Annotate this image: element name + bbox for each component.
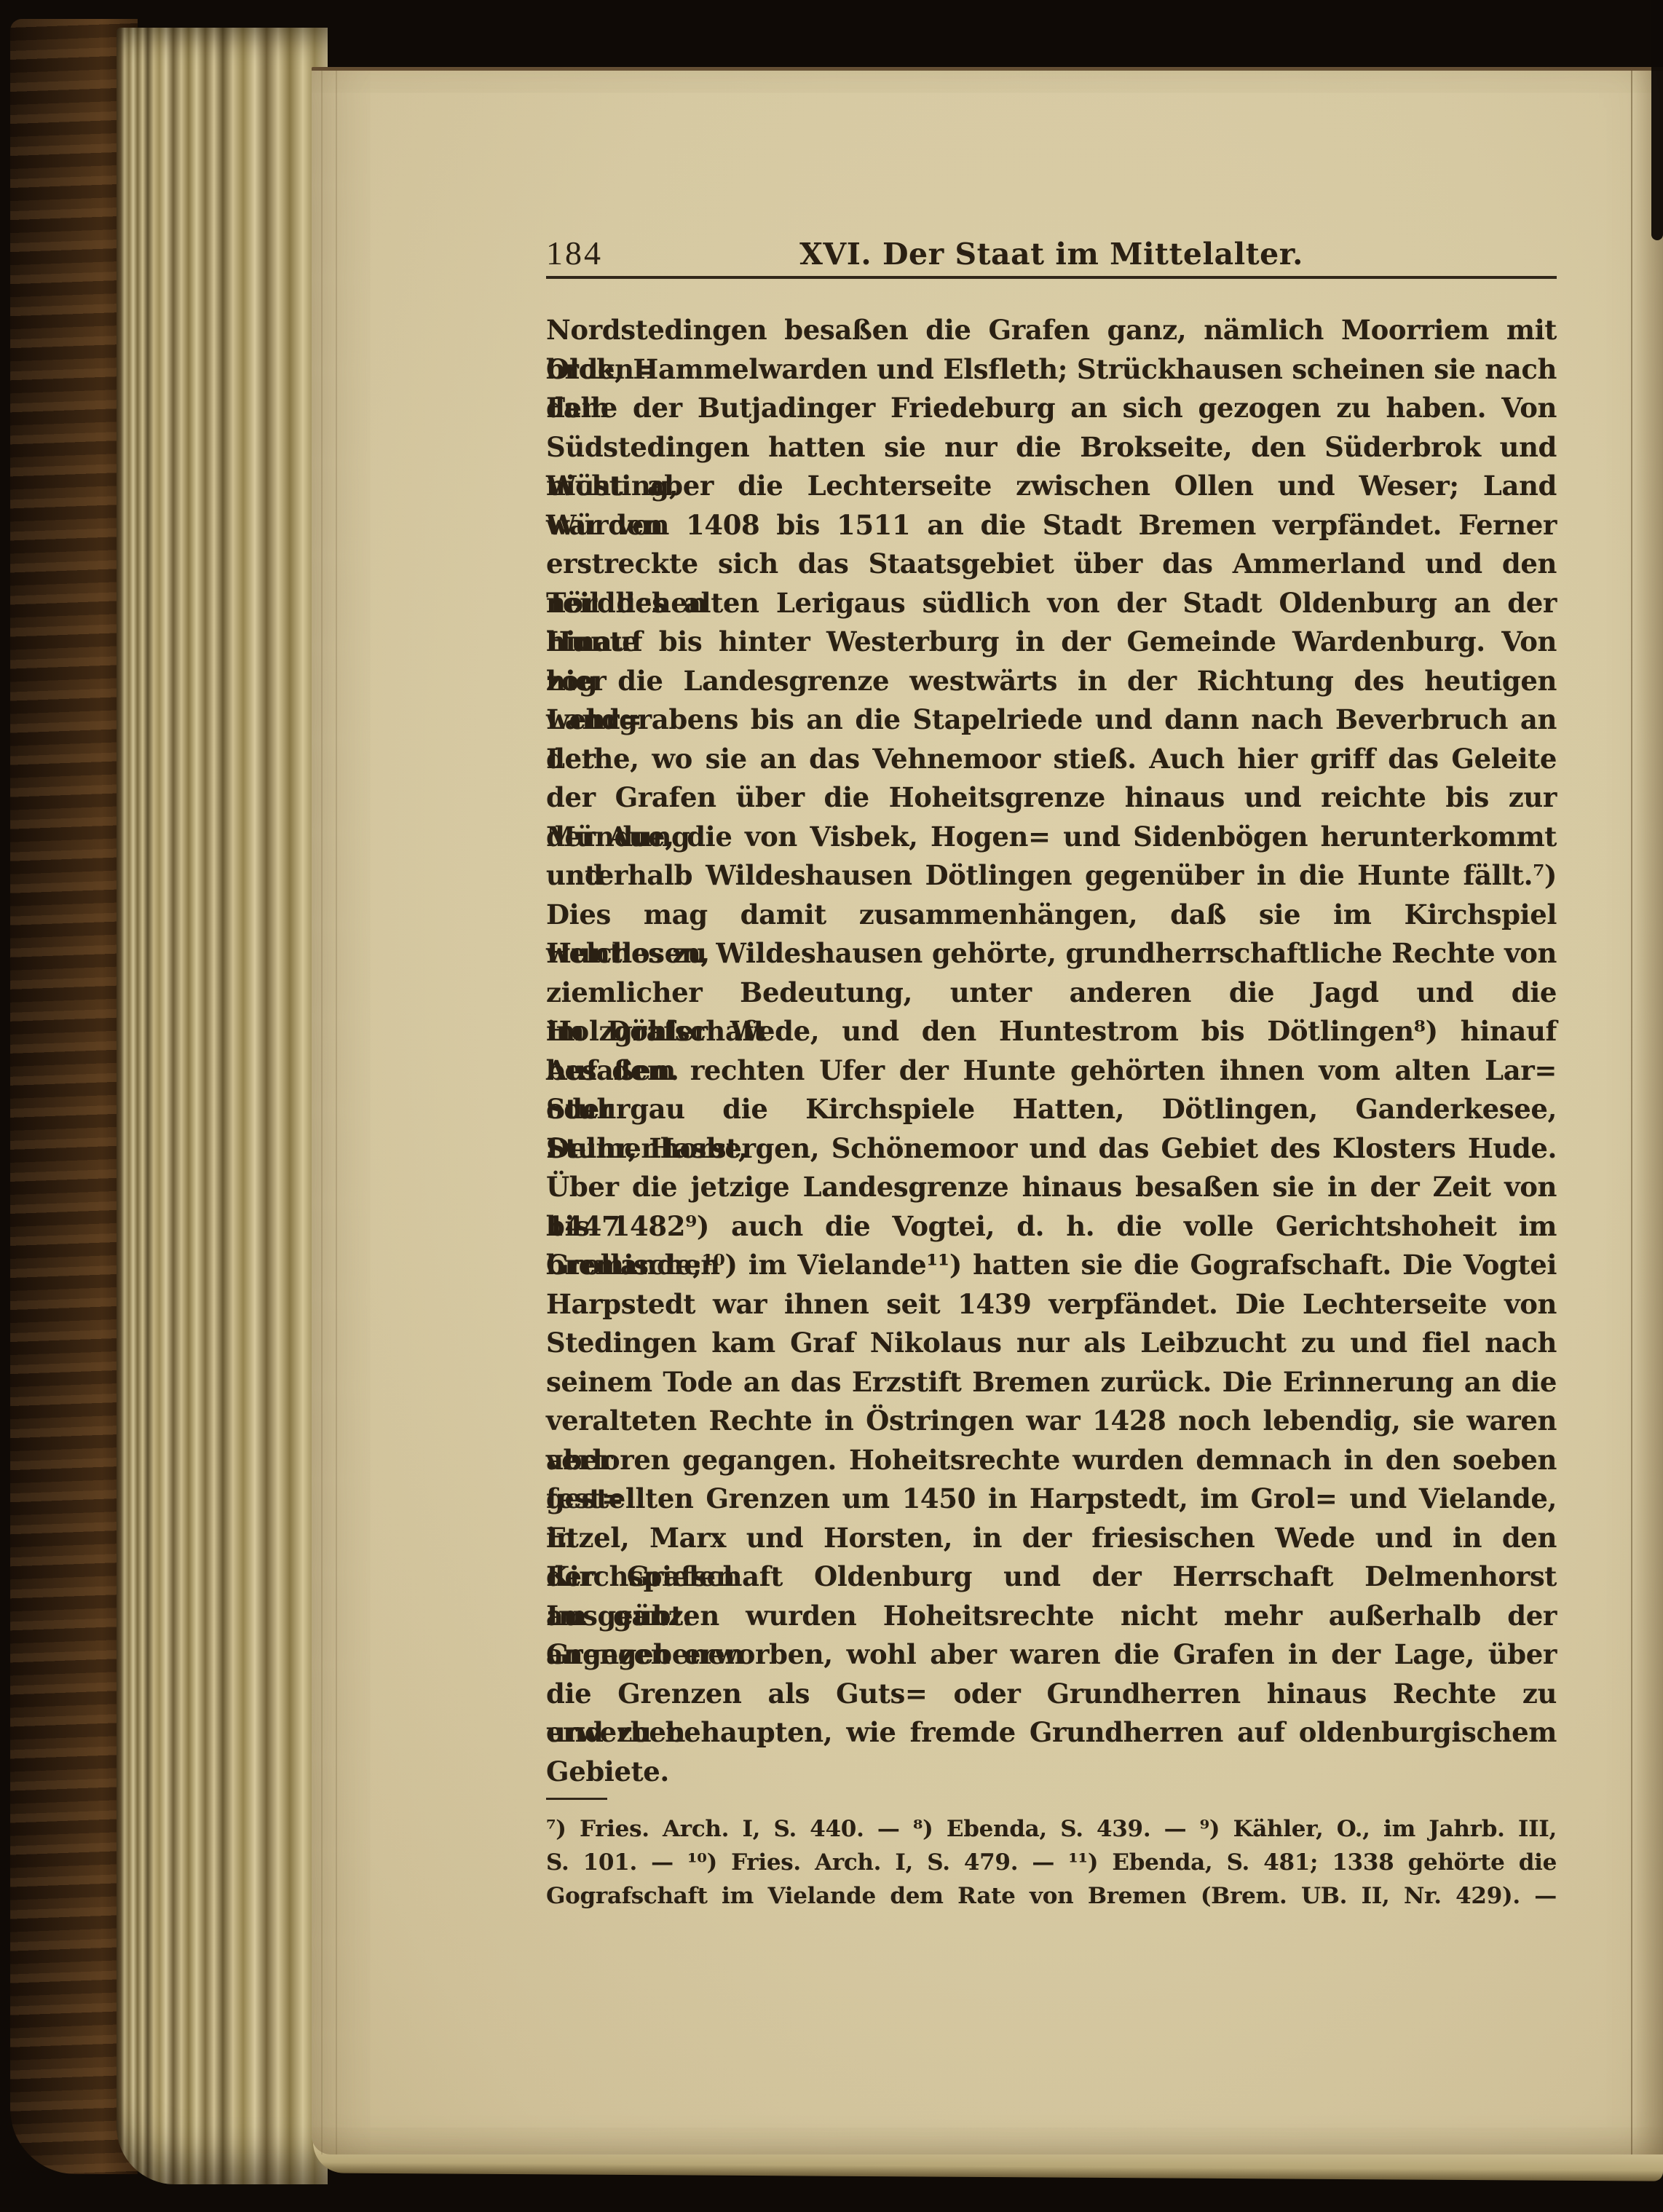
page-curl-edge bbox=[1631, 71, 1663, 2154]
top-right-shadow bbox=[1651, 0, 1663, 240]
body-line: seinem Tode an das Erzstift Bremen zurüc… bbox=[546, 1363, 1557, 1402]
body-line: Lethe, wo sie an das Vehnemoor stieß. Au… bbox=[546, 740, 1557, 779]
body-line: der Aue, die von Visbek, Hogen= und Side… bbox=[546, 818, 1557, 857]
book-page: 184 XVI. Der Staat im Mittelalter. Nords… bbox=[312, 67, 1663, 2154]
body-line: und zu behaupten, wie fremde Grundherren… bbox=[546, 1713, 1557, 1753]
body-text: Nordstedingen besaßen die Grafen ganz, n… bbox=[546, 311, 1557, 1791]
footnote-section: ⁷) Fries. Arch. I, S. 440. — ⁸) Ebenda, … bbox=[546, 1812, 1557, 1913]
body-line: der Grafschaft Oldenburg und der Herrsch… bbox=[546, 1557, 1557, 1597]
book-photo: 184 XVI. Der Staat im Mittelalter. Nords… bbox=[0, 0, 1663, 2212]
body-line: hinauf bis hinter Westerburg in der Geme… bbox=[546, 623, 1557, 662]
page-header: 184 XVI. Der Staat im Mittelalter. bbox=[546, 232, 1557, 276]
body-line: der Grafen über die Hoheitsgrenze hinaus… bbox=[546, 778, 1557, 818]
gutter-crease-lines bbox=[315, 71, 344, 2154]
body-line: die Grenzen als Guts= oder Grundherren h… bbox=[546, 1675, 1557, 1714]
body-line: wehrgrabens bis an die Stapelriede und d… bbox=[546, 700, 1557, 740]
body-line: im Döhler Wede, und den Huntestrom bis D… bbox=[546, 1012, 1557, 1051]
body-line: unterhalb Wildeshausen Dötlingen gegenüb… bbox=[546, 856, 1557, 896]
body-line: Im ganzen wurden Hoheitsrechte nicht meh… bbox=[546, 1597, 1557, 1636]
body-line: Grenzen erworben, wohl aber waren die Gr… bbox=[546, 1635, 1557, 1675]
footnote-line: Gografschaft im Vielande dem Rate von Br… bbox=[546, 1879, 1557, 1913]
body-line: welches zu Wildeshausen gehörte, grundhe… bbox=[546, 934, 1557, 973]
footnote-line: ⁷) Fries. Arch. I, S. 440. — ⁸) Ebenda, … bbox=[546, 1812, 1557, 1846]
body-line: gestellten Grenzen um 1450 in Harpstedt,… bbox=[546, 1480, 1557, 1519]
body-line: Grollande;¹⁰) im Vielande¹¹) hatten sie … bbox=[546, 1246, 1557, 1285]
page-edges-stack bbox=[116, 28, 328, 2184]
body-line: Harpstedt war ihnen seit 1439 verpfändet… bbox=[546, 1285, 1557, 1324]
body-line: Falle der Butjadinger Friedeburg an sich… bbox=[546, 389, 1557, 428]
body-line: zog die Landesgrenze westwärts in der Ri… bbox=[546, 662, 1557, 701]
body-line: veralteten Rechte in Östringen war 1428 … bbox=[546, 1402, 1557, 1441]
body-line: Dies mag damit zusammenhängen, daß sie i… bbox=[546, 896, 1557, 935]
body-line: Stedingen kam Graf Nikolaus nur als Leib… bbox=[546, 1324, 1557, 1363]
body-line: verloren gegangen. Hoheitsrechte wurden … bbox=[546, 1441, 1557, 1480]
body-line: erstreckte sich das Staatsgebiet über da… bbox=[546, 545, 1557, 584]
body-line: Stuhrgau die Kirchspiele Hatten, Dötling… bbox=[546, 1090, 1557, 1129]
body-line: Südstedingen hatten sie nur die Brokseit… bbox=[546, 428, 1557, 467]
body-line: brok, Hammelwarden und Elsfleth; Strückh… bbox=[546, 350, 1557, 390]
body-line: war von 1408 bis 1511 an die Stadt Breme… bbox=[546, 506, 1557, 545]
running-header: XVI. Der Staat im Mittelalter. bbox=[546, 232, 1557, 272]
header-rule bbox=[546, 276, 1557, 279]
body-line: Über die jetzige Landesgrenze hinaus bes… bbox=[546, 1168, 1557, 1207]
body-line: bis 1482⁹) auch die Vogtei, d. h. die vo… bbox=[546, 1207, 1557, 1247]
body-line: Etzel, Marx und Horsten, in der friesisc… bbox=[546, 1519, 1557, 1558]
body-line: Nordstedingen besaßen die Grafen ganz, n… bbox=[546, 311, 1557, 350]
footnote-line: S. 101. — ¹⁰) Fries. Arch. I, S. 479. — … bbox=[546, 1846, 1557, 1879]
body-line: nicht aber die Lechterseite zwischen Oll… bbox=[546, 467, 1557, 506]
body-line: Gebiete. bbox=[546, 1753, 1557, 1792]
page-number: 184 bbox=[546, 234, 603, 272]
body-line: Teil des alten Lerigaus südlich von der … bbox=[546, 584, 1557, 623]
footnote-separator bbox=[546, 1798, 607, 1800]
body-line: Auf dem rechten Ufer der Hunte gehörten … bbox=[546, 1051, 1557, 1091]
body-line: ziemlicher Bedeutung, unter anderen die … bbox=[546, 973, 1557, 1013]
body-line: Stuhr, Hasbergen, Schönemoor und das Geb… bbox=[546, 1129, 1557, 1169]
